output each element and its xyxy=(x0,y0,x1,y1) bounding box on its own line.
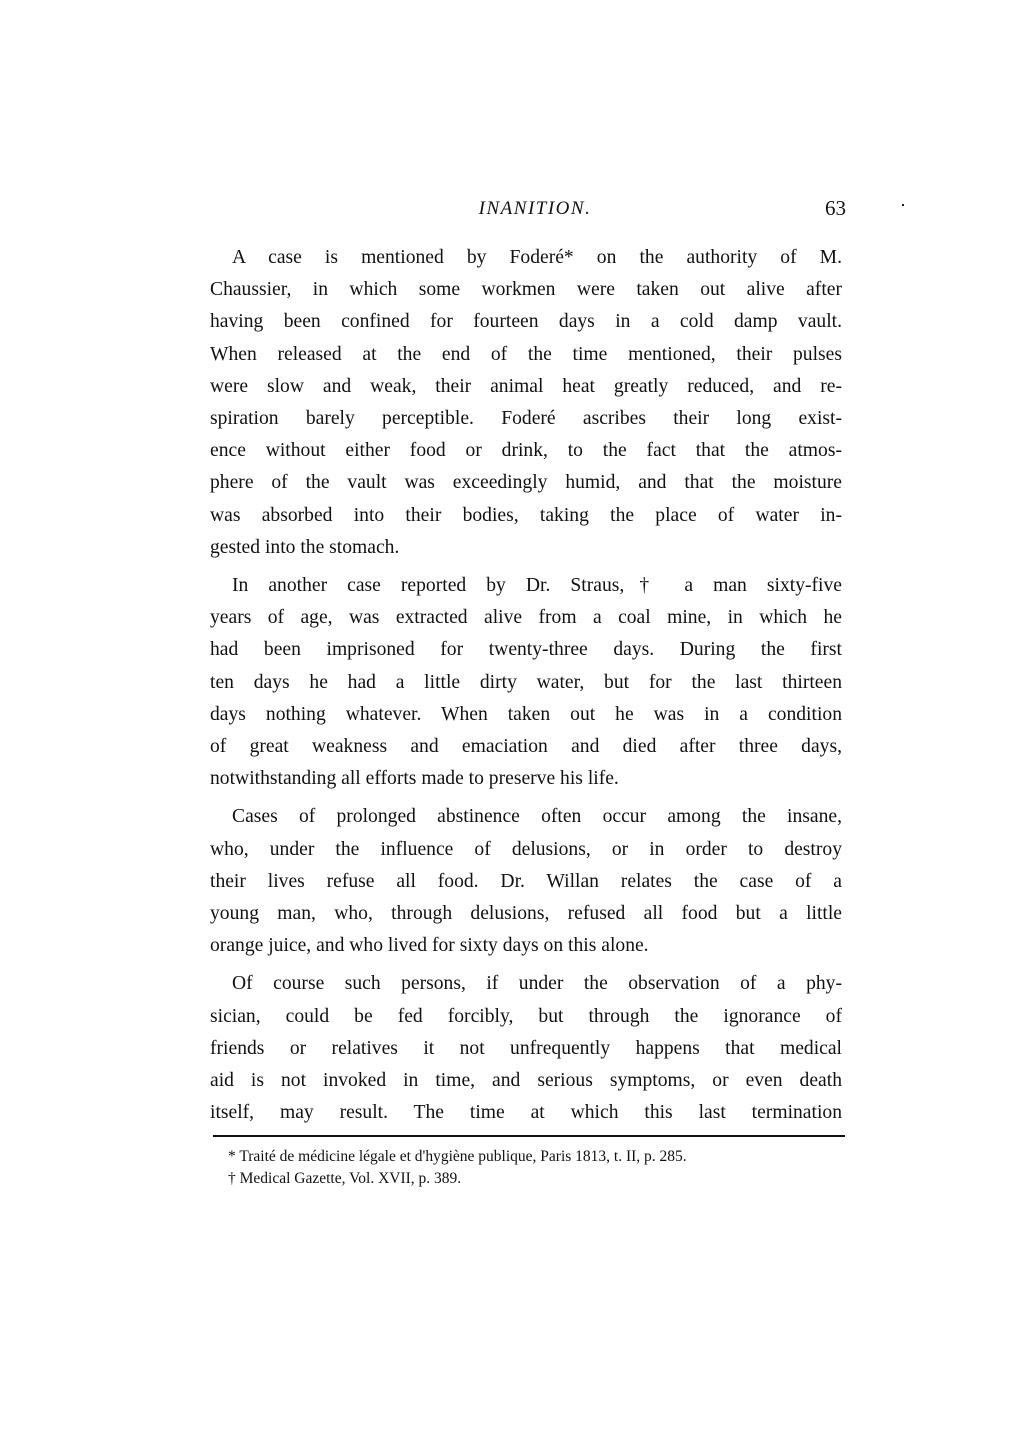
text-line: Chaussier, in which some workmen were ta… xyxy=(210,274,842,306)
running-title: INANITION. xyxy=(210,198,842,220)
text-line: of great weakness and emaciation and die… xyxy=(210,731,842,763)
scan-speck xyxy=(902,204,904,206)
text-line: ten days he had a little dirty water, bu… xyxy=(210,667,842,699)
text-line: aid is not invoked in time, and serious … xyxy=(210,1065,842,1097)
page-number: 63 xyxy=(825,196,846,221)
text-line: who, under the influence of delusions, o… xyxy=(210,834,842,866)
text-line: orange juice, and who lived for sixty da… xyxy=(210,930,842,962)
paragraph-insane: Cases of prolonged abstinence often occu… xyxy=(210,801,842,962)
text-line: was absorbed into their bodies, taking t… xyxy=(210,500,842,532)
text-line: days nothing whatever. When taken out he… xyxy=(210,699,842,731)
text-line: In another case reported by Dr. Straus,†… xyxy=(210,570,842,602)
paragraph-physician: Of course such persons, if under the obs… xyxy=(210,968,842,1129)
text-line: itself, may result. The time at which th… xyxy=(210,1097,842,1129)
footnote-dagger: † Medical Gazette, Vol. XVII, p. 389. xyxy=(228,1168,848,1190)
text-line: sician, could be fed forcibly, but throu… xyxy=(210,1001,842,1033)
book-page: INANITION. 63 A case is mentioned by Fod… xyxy=(0,0,1025,1429)
text-line: ence without either food or drink, to th… xyxy=(210,435,842,467)
text-line: their lives refuse all food. Dr. Willan … xyxy=(210,866,842,898)
text-line: young man, who, through delusions, refus… xyxy=(210,898,842,930)
running-head: INANITION. 63 xyxy=(210,196,842,224)
text-line: Of course such persons, if under the obs… xyxy=(210,968,842,1000)
footnotes: * Traité de médicine légale et d'hygiène… xyxy=(228,1146,848,1190)
text-line: years of age, was extracted alive from a… xyxy=(210,602,842,634)
body-text: A case is mentioned by Foderé* on the au… xyxy=(210,242,842,1135)
text-line: phere of the vault was exceedingly humid… xyxy=(210,467,842,499)
footnote-divider xyxy=(213,1135,845,1137)
text-line: notwithstanding all efforts made to pres… xyxy=(210,763,842,795)
text-line: A case is mentioned by Foderé* on the au… xyxy=(210,242,842,274)
text-line: were slow and weak, their animal heat gr… xyxy=(210,371,842,403)
text-line: had been imprisoned for twenty-three day… xyxy=(210,634,842,666)
text-line: spiration barely perceptible. Foderé asc… xyxy=(210,403,842,435)
text-line: Cases of prolonged abstinence often occu… xyxy=(210,801,842,833)
text-line: friends or relatives it not unfrequently… xyxy=(210,1033,842,1065)
paragraph-straus: In another case reported by Dr. Straus,†… xyxy=(210,570,842,795)
text-line: having been confined for fourteen days i… xyxy=(210,306,842,338)
paragraph-fodere: A case is mentioned by Foderé* on the au… xyxy=(210,242,842,564)
text-line: gested into the stomach. xyxy=(210,532,842,564)
text-line: When released at the end of the time men… xyxy=(210,339,842,371)
footnote-asterisk: * Traité de médicine légale et d'hygiène… xyxy=(228,1146,848,1168)
